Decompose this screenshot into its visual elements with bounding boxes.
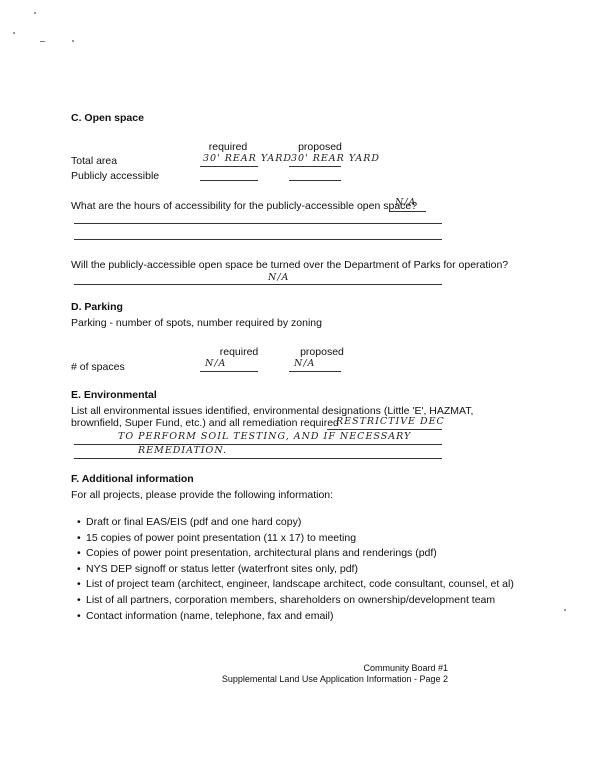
section-heading-additional: F. Additional information: [71, 473, 194, 486]
footer-board: Community Board #1: [222, 663, 448, 674]
environmental-answer-line-2[interactable]: TO PERFORM SOIL TESTING, AND IF NECESSAR…: [118, 431, 411, 442]
environmental-description-line-2: brownfield, Super Fund, etc.) and all re…: [71, 417, 339, 430]
list-item: •List of project team (architect, engine…: [77, 577, 514, 593]
list-item: •Draft or final EAS/EIS (pdf and one har…: [77, 515, 514, 531]
hours-answer-field[interactable]: [389, 211, 426, 212]
spaces-proposed-value[interactable]: N/A: [294, 358, 315, 369]
hours-question: What are the hours of accessibility for …: [71, 200, 417, 213]
spaces-required-field[interactable]: [200, 371, 258, 372]
required-items-list: •Draft or final EAS/EIS (pdf and one har…: [77, 515, 514, 624]
list-item: •Contact information (name, telephone, f…: [77, 609, 514, 625]
environmental-answer-line-1[interactable]: RESTRICTIVE DEC: [336, 416, 445, 427]
hours-answer-line-3[interactable]: [74, 239, 442, 240]
scan-speck: [13, 32, 15, 34]
additional-intro: For all projects, please provide the fol…: [71, 489, 333, 502]
hours-answer-line-2[interactable]: [74, 223, 442, 224]
list-item: •NYS DEP signoff or status letter (water…: [77, 562, 514, 578]
scan-speck: [40, 41, 45, 42]
environmental-answer-field-3[interactable]: [74, 458, 442, 459]
section-heading-open-space: C. Open space: [71, 112, 144, 125]
scan-speck: [564, 609, 566, 611]
bullet-icon: •: [77, 515, 86, 531]
bullet-icon: •: [77, 577, 86, 593]
bullet-icon: •: [77, 546, 86, 562]
list-item: •15 copies of power point presentation (…: [77, 531, 514, 547]
environmental-answer-field-2[interactable]: [74, 444, 442, 445]
spaces-proposed-field[interactable]: [289, 371, 341, 372]
section-heading-environmental: E. Environmental: [71, 389, 157, 402]
parking-description: Parking - number of spots, number requir…: [71, 317, 322, 330]
list-item: •Copies of power point presentation, arc…: [77, 546, 514, 562]
total-area-proposed-field[interactable]: [289, 166, 341, 167]
total-area-required-value[interactable]: 30' REAR YARD: [203, 153, 292, 164]
publicly-accessible-required-field[interactable]: [200, 180, 258, 181]
environmental-answer-line-3[interactable]: REMEDIATION.: [138, 445, 227, 456]
footer-page-info: Supplemental Land Use Application Inform…: [222, 674, 448, 685]
parks-answer-field[interactable]: [74, 284, 442, 285]
footer: Community Board #1 Supplemental Land Use…: [222, 663, 448, 685]
hours-answer[interactable]: N/A: [395, 197, 416, 208]
bullet-icon: •: [77, 531, 86, 547]
publicly-accessible-proposed-field[interactable]: [289, 180, 341, 181]
parks-answer[interactable]: N/A: [268, 272, 289, 283]
list-item: •List of all partners, corporation membe…: [77, 593, 514, 609]
scan-speck: [72, 40, 74, 42]
row-label-total-area: Total area: [71, 155, 117, 168]
section-heading-parking: D. Parking: [71, 301, 123, 314]
bullet-icon: •: [77, 609, 86, 625]
row-label-publicly-accessible: Publicly accessible: [71, 170, 159, 183]
scan-speck: [34, 12, 36, 14]
spaces-required-value[interactable]: N/A: [205, 358, 226, 369]
row-label-spaces: # of spaces: [71, 361, 125, 374]
parks-question: Will the publicly-accessible open space …: [71, 259, 508, 272]
environmental-answer-field-1[interactable]: [327, 429, 442, 430]
bullet-icon: •: [77, 593, 86, 609]
bullet-icon: •: [77, 562, 86, 578]
total-area-proposed-value[interactable]: 30' REAR YARD: [291, 153, 380, 164]
total-area-required-field[interactable]: [200, 166, 258, 167]
